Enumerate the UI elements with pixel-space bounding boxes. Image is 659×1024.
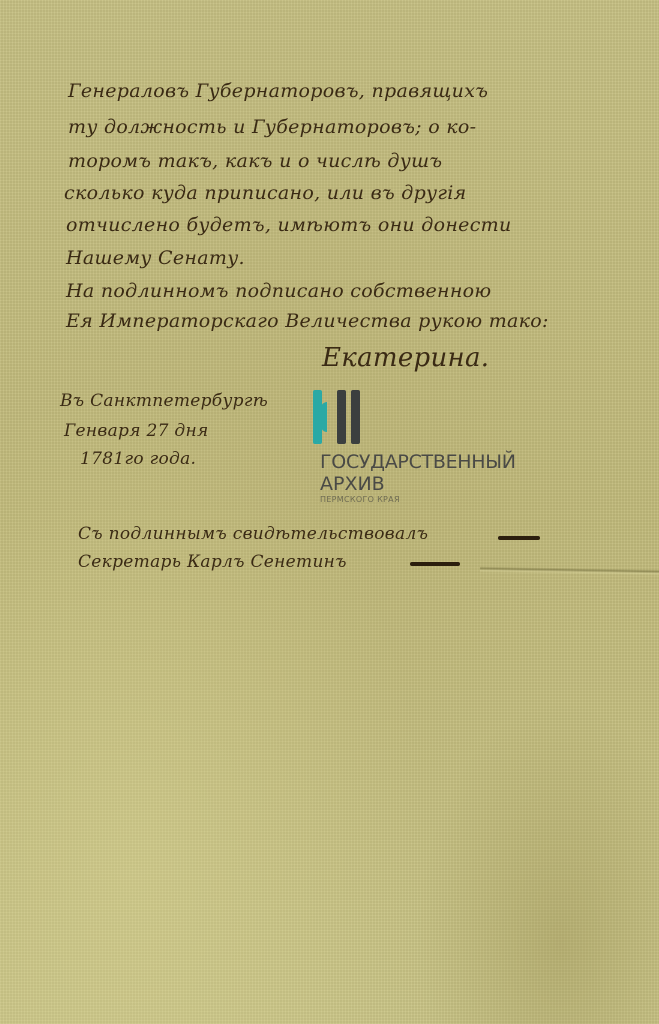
certification-line-2: Секретарь Карлъ Сенетинъ (78, 552, 347, 572)
attestation-line-1: На подлинномъ подписано собственною (66, 280, 491, 302)
flourish-stroke-1 (498, 536, 540, 540)
signature-ekaterina: Екатерина. (322, 343, 489, 373)
place-line: Въ Санктпетербургѣ (60, 391, 268, 411)
certification-line-1: Съ подлиннымъ свидѣтельствовалъ (78, 524, 428, 544)
date-line: Генваря 27 дня (64, 421, 209, 441)
body-line-1: Генераловъ Губернаторовъ, правящихъ (68, 80, 488, 102)
body-line-4: сколько куда приписано, или въ другія (64, 182, 467, 204)
body-line-5: отчислено будетъ, имѣютъ они донести (66, 214, 512, 236)
archive-watermark-logo: ГОСУДАРСТВЕННЫЙ АРХИВ ПЕРМСКОГО КРАЯ (305, 388, 365, 446)
body-line-2: ту должность и Губернаторовъ; о ко- (68, 116, 476, 138)
body-line-3: торомъ такъ, какъ и о числѣ душъ (68, 150, 442, 172)
year-line: 1781го года. (80, 449, 196, 469)
attestation-line-2: Ея Императорскаго Величества рукою тако: (66, 310, 549, 332)
flourish-stroke-2 (410, 562, 460, 566)
watermark-line-2: АРХИВ (320, 473, 516, 495)
watermark-line-1: ГОСУДАРСТВЕННЫЙ (320, 451, 516, 473)
body-line-6: Нашему Сенату. (66, 247, 245, 269)
archive-emblem-icon (305, 388, 365, 446)
watermark-line-3: ПЕРМСКОГО КРАЯ (320, 495, 516, 505)
